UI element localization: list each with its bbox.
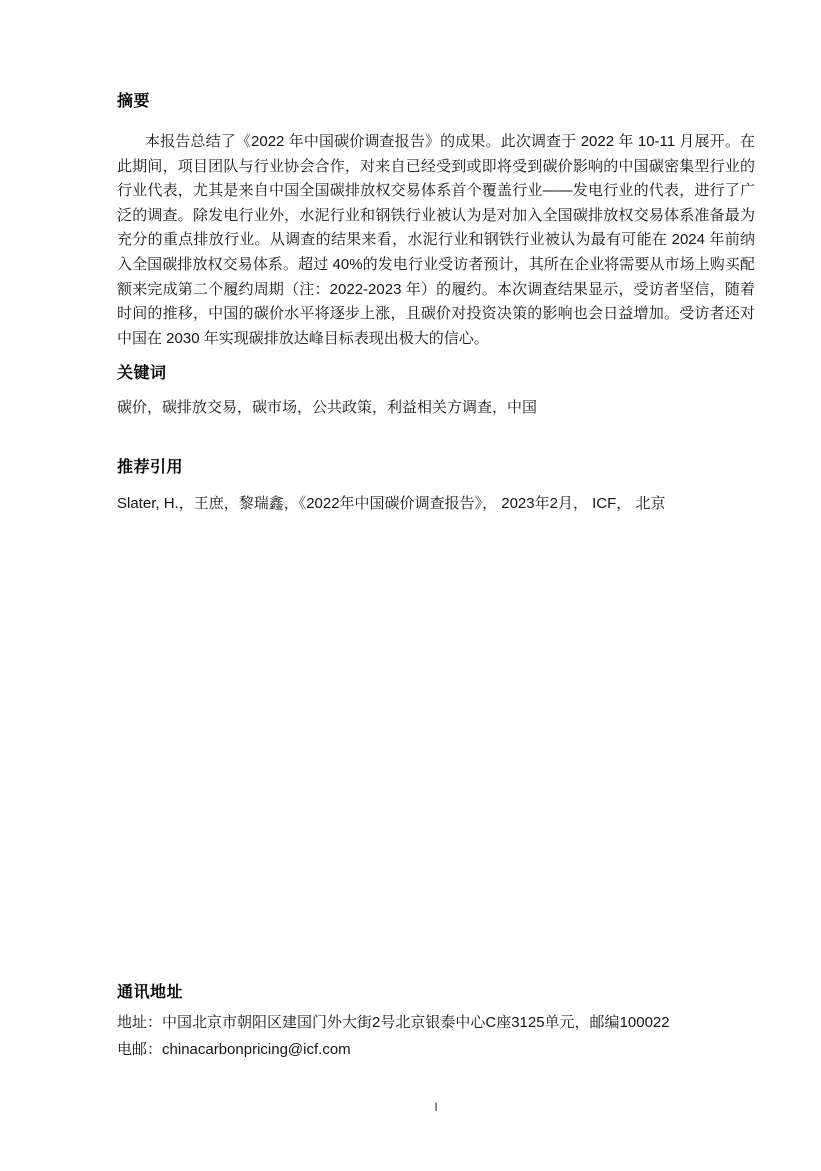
citation-section: 推荐引用 Slater, H.，王庶，黎瑞鑫，《2022年中国碳价调查报告》， … — [117, 458, 755, 516]
document-page: 摘要 本报告总结了《2022 年中国碳价调查报告》的成果。此次调查于 2022 … — [0, 0, 821, 1171]
contact-heading: 通讯地址 — [117, 983, 755, 1003]
contact-section: 通讯地址 地址：中国北京市朝阳区建国门外大街2号北京银泰中心C座3125单元，邮… — [117, 983, 755, 1063]
abstract-body: 本报告总结了《2022 年中国碳价调查报告》的成果。此次调查于 2022 年 1… — [117, 130, 755, 351]
keywords-body: 碳价，碳排放交易，碳市场，公共政策，利益相关方调查，中国 — [117, 396, 755, 420]
email-value: chinacarbonpricing@icf.com — [162, 1041, 351, 1058]
address-label: 地址： — [117, 1014, 162, 1031]
page-number: I — [117, 1100, 755, 1114]
keywords-section: 关键词 碳价，碳排放交易，碳市场，公共政策，利益相关方调查，中国 — [117, 364, 755, 420]
abstract-heading: 摘要 — [117, 92, 755, 112]
address-value: 中国北京市朝阳区建国门外大街2号北京银泰中心C座3125单元，邮编100022 — [162, 1014, 670, 1031]
citation-heading: 推荐引用 — [117, 458, 755, 478]
contact-email-line: 电邮：chinacarbonpricing@icf.com — [117, 1036, 755, 1063]
email-label: 电邮： — [117, 1041, 162, 1058]
abstract-section: 摘要 本报告总结了《2022 年中国碳价调查报告》的成果。此次调查于 2022 … — [117, 92, 755, 351]
contact-address-line: 地址：中国北京市朝阳区建国门外大街2号北京银泰中心C座3125单元，邮编1000… — [117, 1009, 755, 1036]
citation-body: Slater, H.，王庶，黎瑞鑫，《2022年中国碳价调查报告》， 2023年… — [117, 492, 755, 516]
keywords-heading: 关键词 — [117, 364, 755, 384]
